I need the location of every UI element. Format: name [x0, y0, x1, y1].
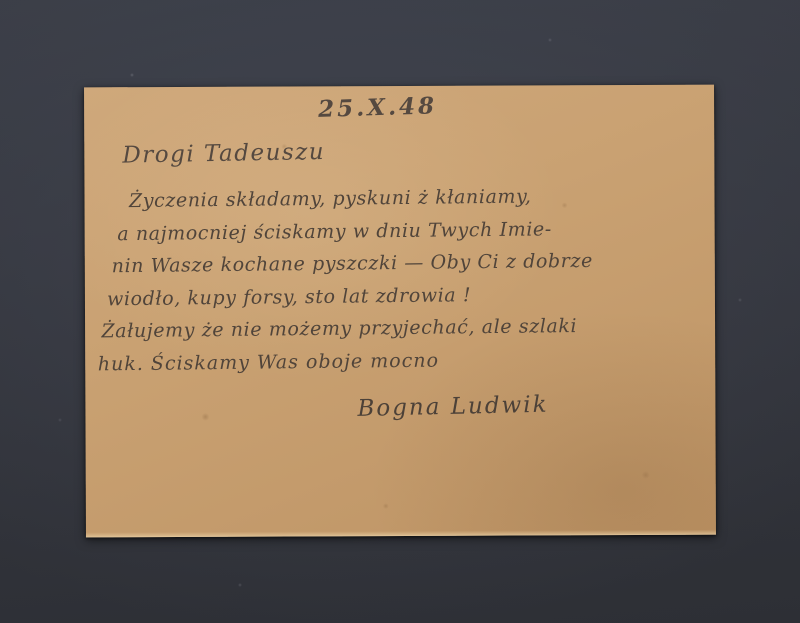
card-edge-highlight [86, 530, 716, 538]
salutation-line: Drogi Tadeuszu [122, 139, 325, 169]
letter-body: Życzenia składamy, pyskuni ż kłaniamy, a… [84, 178, 716, 380]
photo-background: 25.X.48 Drogi Tadeuszu Życzenia składamy… [0, 0, 800, 623]
body-line: huk. Ściskamy Was oboje mocno [98, 341, 716, 381]
postcard: 25.X.48 Drogi Tadeuszu Życzenia składamy… [84, 85, 716, 538]
signature: Bogna Ludwik [357, 392, 549, 422]
handwritten-date: 25.X.48 [318, 92, 438, 123]
